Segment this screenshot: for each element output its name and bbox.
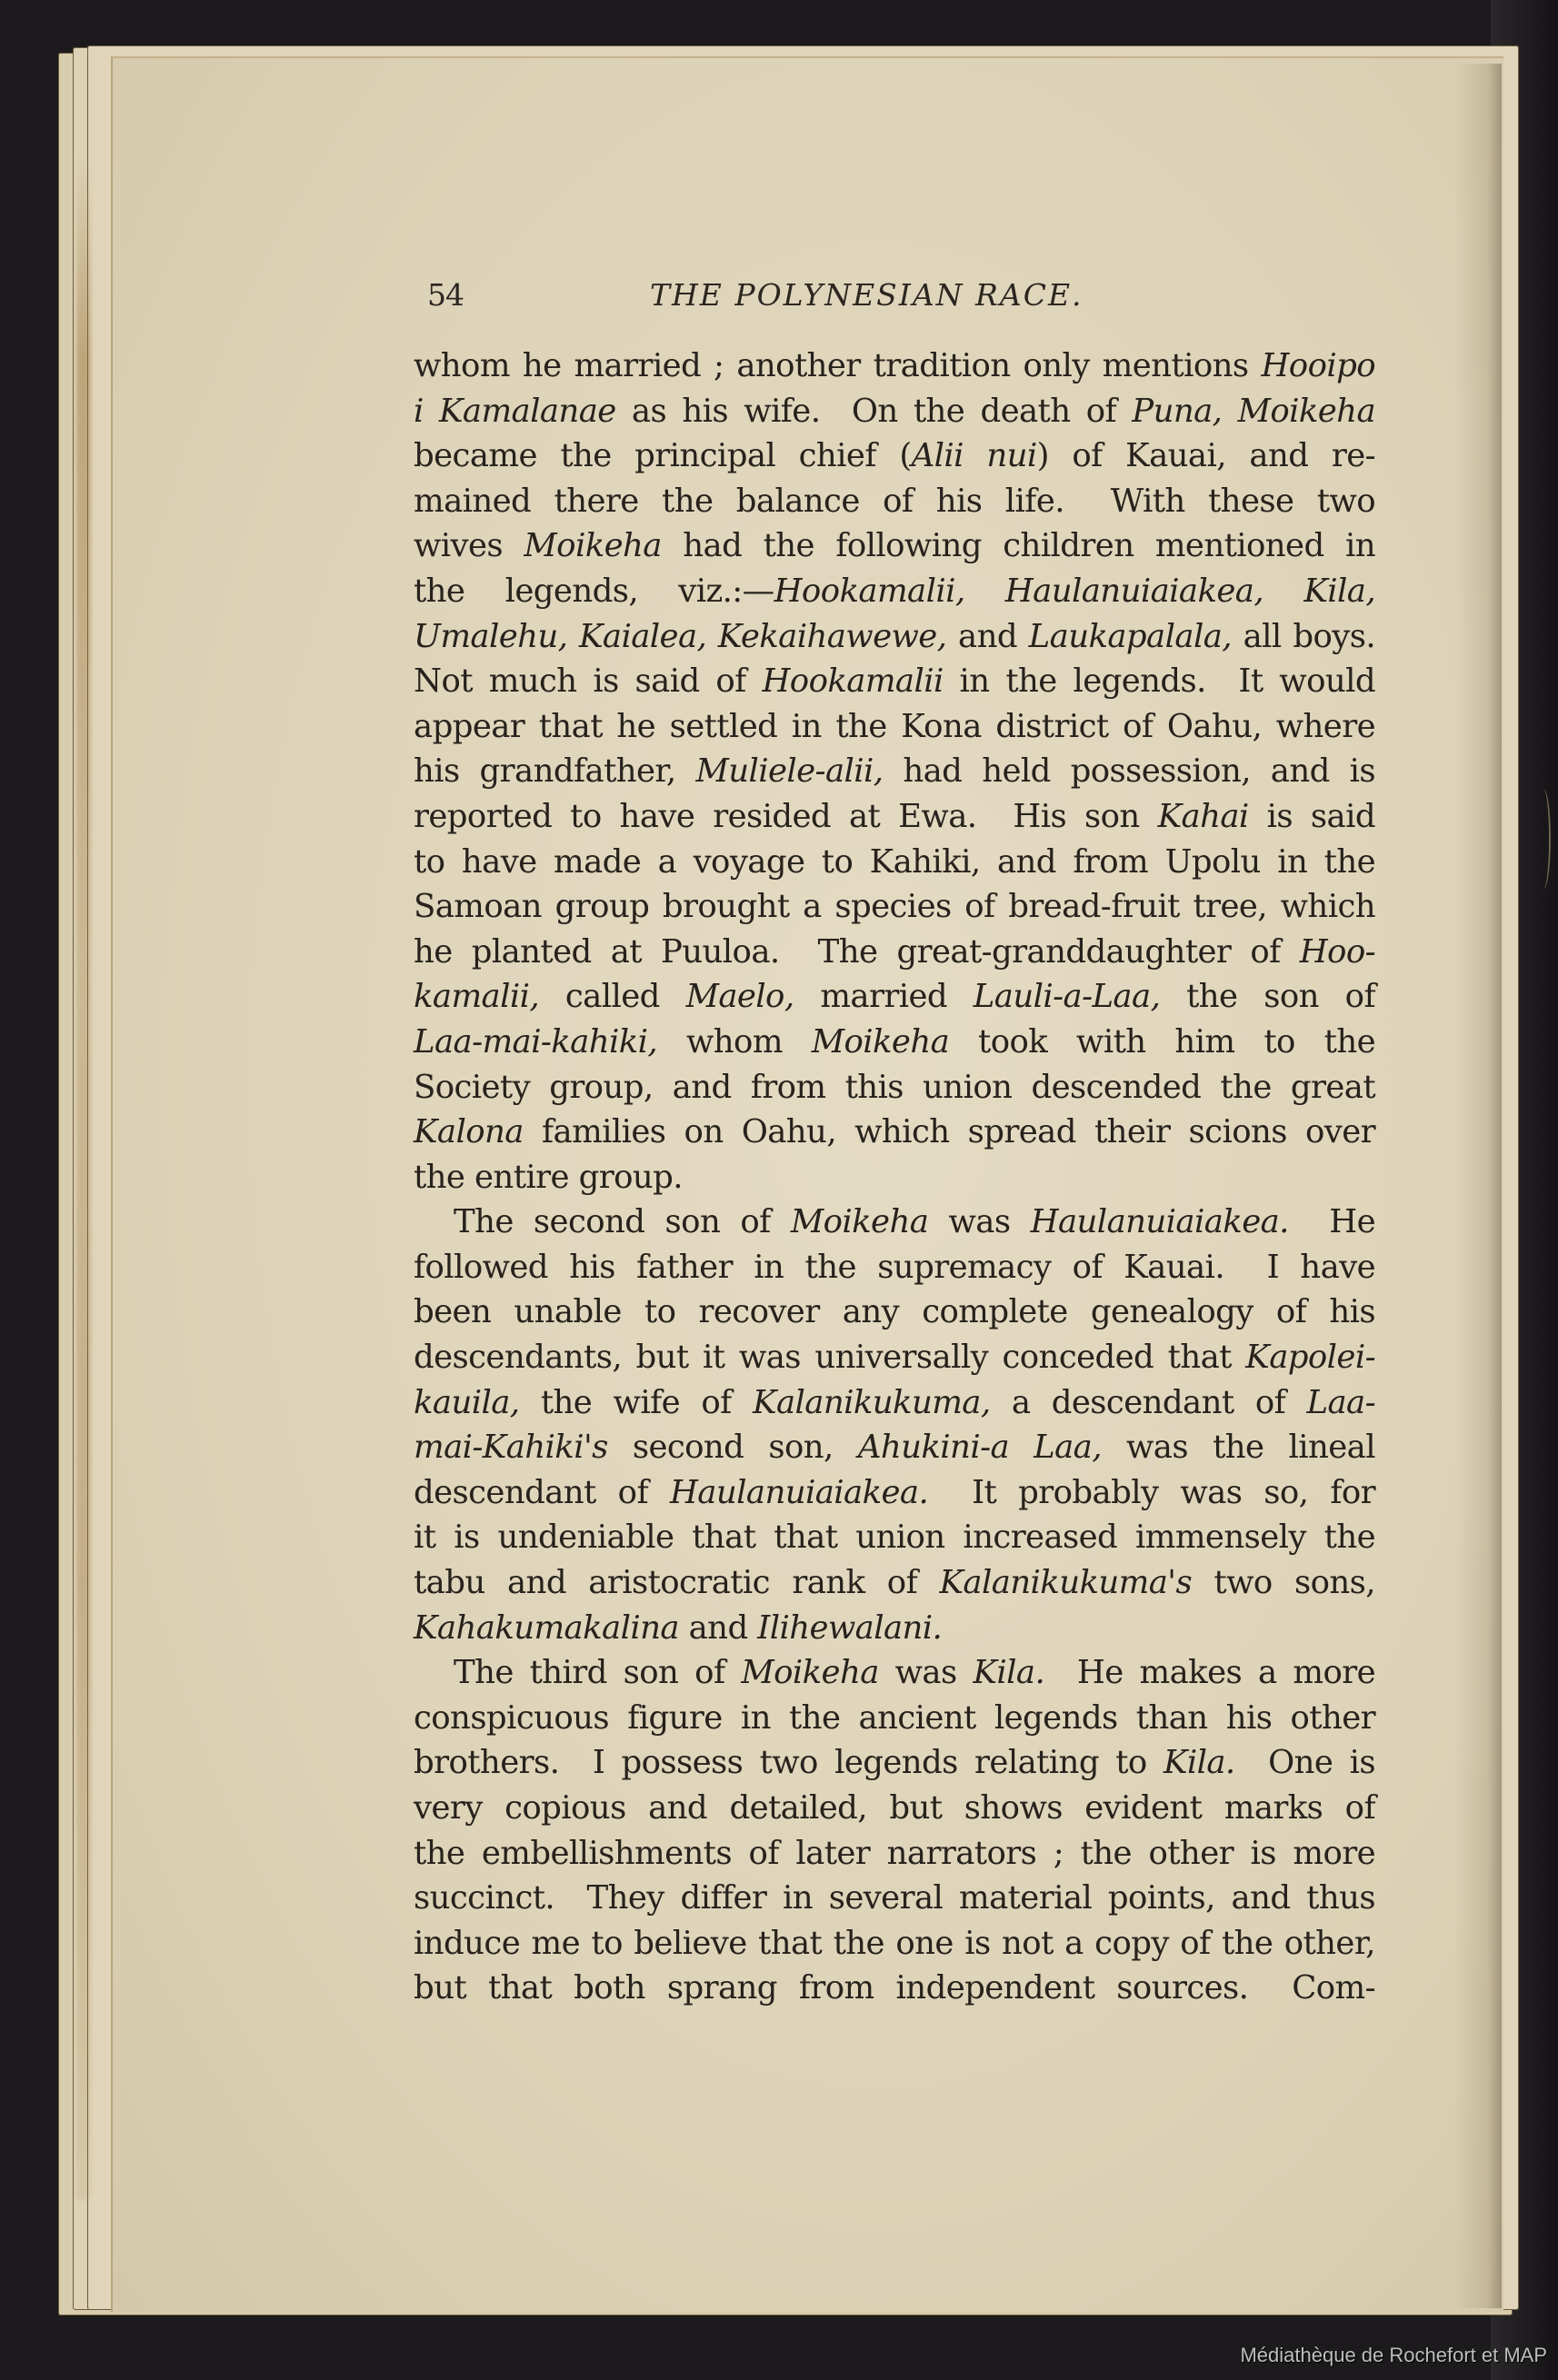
- running-head: 54 THE POLYNESIAN RACE.: [427, 277, 1373, 323]
- page-edge-stain: [76, 154, 91, 2199]
- text-line: followed his father in the supremacy of …: [414, 1245, 1375, 1290]
- text-line: descendants, but it was universally conc…: [414, 1335, 1375, 1380]
- text-line: Laa-mai-kahiki, whom Moikeha took with h…: [414, 1020, 1375, 1065]
- text-line: the entire group.: [414, 1155, 1375, 1200]
- text-line: very copious and detailed, but shows evi…: [414, 1786, 1375, 1831]
- text-line: kauila, the wife of Kalanikukuma, a desc…: [414, 1380, 1375, 1426]
- text-line: succinct. They differ in several materia…: [414, 1876, 1375, 1921]
- text-line: kamalii, called Maelo, married Lauli-a-L…: [414, 974, 1375, 1020]
- page-number: 54: [427, 277, 464, 313]
- text-line: whom he married ; another tradition only…: [414, 344, 1375, 389]
- text-line: induce me to believe that the one is not…: [414, 1921, 1375, 1967]
- text-line: mained there the balance of his life. Wi…: [414, 479, 1375, 524]
- text-line: Kalona families on Oahu, which spread th…: [414, 1110, 1375, 1155]
- text-line: conspicuous figure in the ancient legend…: [414, 1696, 1375, 1741]
- gutter-shadow: [1454, 64, 1502, 2308]
- watermark: Médiathèque de Rochefort et MAP: [1240, 2344, 1547, 2367]
- text-line: became the principal chief (Alii nui) of…: [414, 433, 1375, 479]
- running-title: THE POLYNESIAN RACE.: [650, 277, 1084, 313]
- text-line: it is undeniable that that union increas…: [414, 1515, 1375, 1560]
- text-line: reported to have resided at Ewa. His son…: [414, 794, 1375, 840]
- text-line: been unable to recover any complete gene…: [414, 1290, 1375, 1335]
- text-line: tabu and aristocratic rank of Kalanikuku…: [414, 1560, 1375, 1606]
- text-line: wives Moikeha had the following children…: [414, 523, 1375, 569]
- text-line: the legends, viz.:—Hookamalii, Haulanuia…: [414, 569, 1375, 614]
- text-line: descendant of Haulanuiaiakea. It probabl…: [414, 1470, 1375, 1516]
- text-line: The second son of Moikeha was Haulanuiai…: [414, 1200, 1375, 1245]
- text-line: brothers. I possess two legends relating…: [414, 1740, 1375, 1786]
- text-line: Not much is said of Hookamalii in the le…: [414, 659, 1375, 704]
- text-line: i Kamalanae as his wife. On the death of…: [414, 389, 1375, 434]
- body-text: whom he married ; another tradition only…: [414, 344, 1375, 2011]
- text-line: mai-Kahiki's second son, Ahukini-a Laa, …: [414, 1425, 1375, 1470]
- text-line: Umalehu, Kaialea, Kekaihawewe, and Lauka…: [414, 614, 1375, 660]
- text-line: his grandfather, Muliele-alii, had held …: [414, 749, 1375, 794]
- pencil-bracket-mark: [1536, 789, 1551, 889]
- text-line: Society group, and from this union desce…: [414, 1065, 1375, 1110]
- text-line: but that both sprang from independent so…: [414, 1966, 1375, 2011]
- text-line: to have made a voyage to Kahiki, and fro…: [414, 840, 1375, 885]
- text-line: the embellishments of later narrators ; …: [414, 1831, 1375, 1877]
- text-line: appear that he settled in the Kona distr…: [414, 704, 1375, 750]
- text-line: he planted at Puuloa. The great-granddau…: [414, 930, 1375, 975]
- text-line: The third son of Moikeha was Kila. He ma…: [414, 1650, 1375, 1696]
- text-line: Kahakumakalina and Ilihewalani.: [414, 1606, 1375, 1651]
- text-line: Samoan group brought a species of bread-…: [414, 884, 1375, 930]
